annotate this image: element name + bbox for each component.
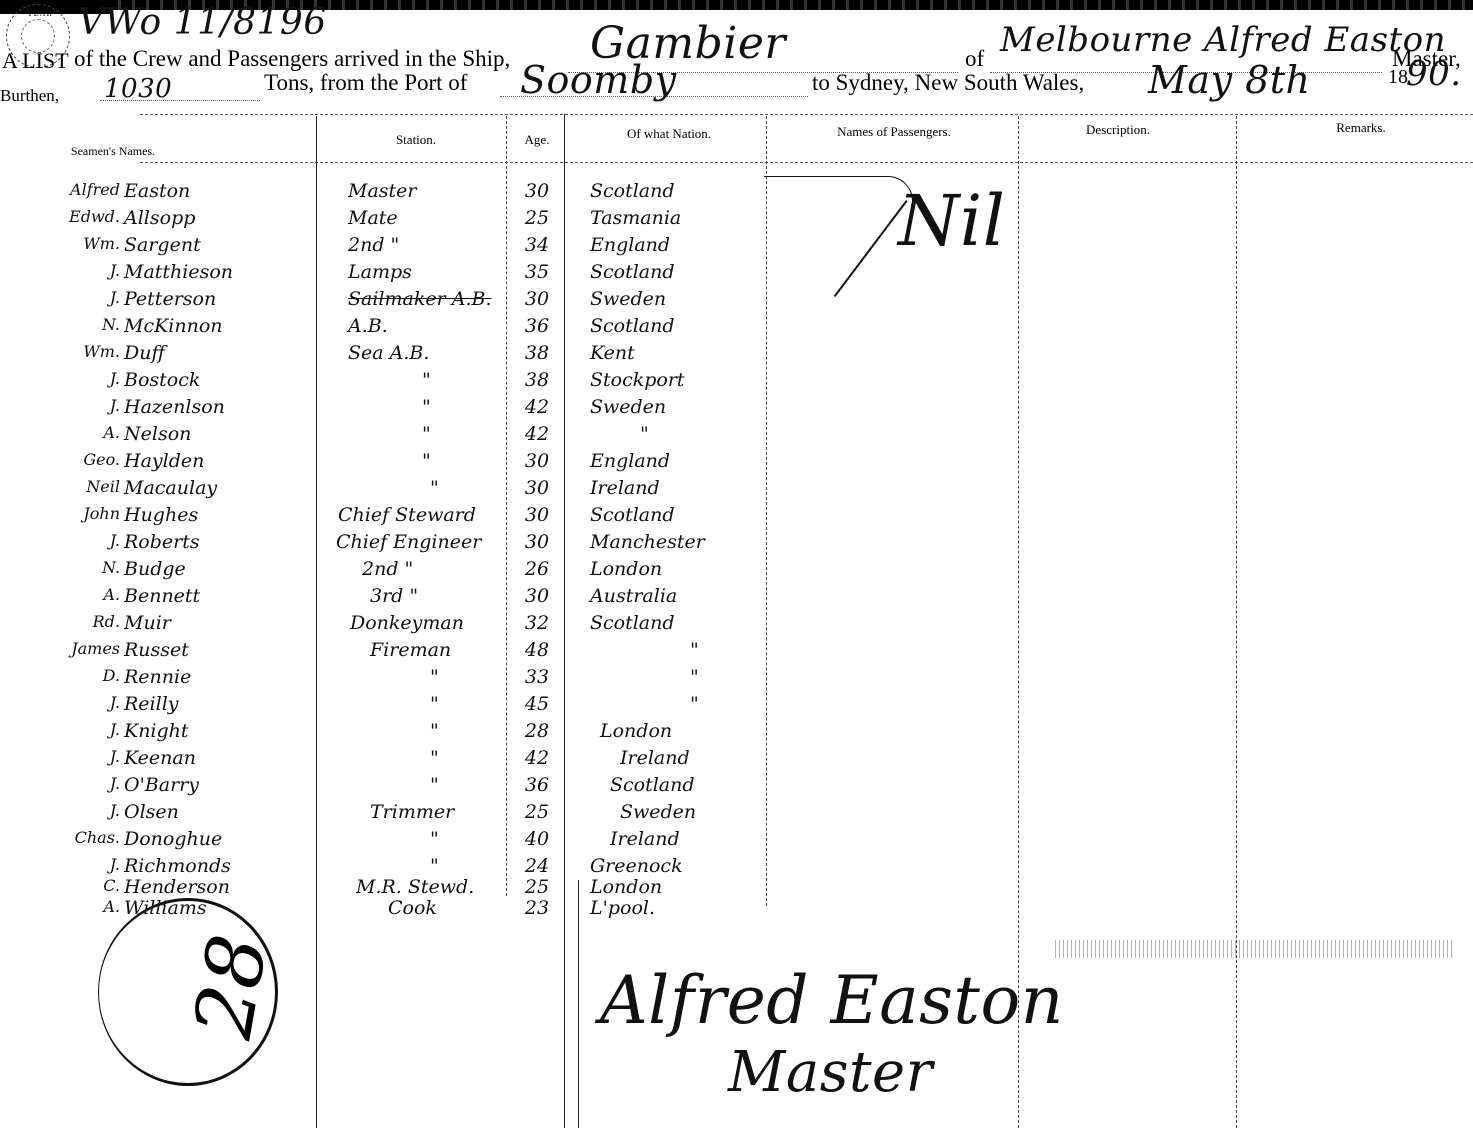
crew-row: James Russet Fireman 48 " bbox=[0, 639, 820, 666]
crew-station: " bbox=[422, 423, 431, 445]
crew-row: Edwd. Allsopp Mate 25 Tasmania bbox=[0, 207, 820, 234]
crew-surname: Richmonds bbox=[124, 855, 231, 877]
crew-row: Wm. Duff Sea A.B. 38 Kent bbox=[0, 342, 820, 369]
crew-age: 26 bbox=[514, 558, 560, 580]
master-signature: Alfred Easton bbox=[600, 962, 1064, 1039]
crew-station: A.B. bbox=[348, 315, 388, 337]
crew-station: Trimmer bbox=[370, 801, 454, 823]
tons-label: Tons, from the Port of bbox=[264, 70, 467, 96]
crew-surname: Bennett bbox=[124, 585, 200, 607]
reference-mark: VWo 11/8196 bbox=[78, 2, 327, 43]
crew-surname: Keenan bbox=[124, 747, 196, 769]
crew-initial: A. bbox=[32, 585, 120, 604]
crew-nation: England bbox=[590, 234, 670, 256]
crew-initial: J. bbox=[32, 855, 120, 874]
crew-age: 25 bbox=[514, 207, 560, 229]
crew-initial: N. bbox=[32, 558, 120, 577]
crew-nation: London bbox=[590, 876, 662, 898]
crew-row: Wm. Sargent 2nd " 34 England bbox=[0, 234, 820, 261]
crew-nation: Sweden bbox=[590, 396, 666, 418]
year-handwritten: 90. bbox=[1406, 54, 1462, 94]
crew-surname: Nelson bbox=[124, 423, 191, 445]
year-printed: 18 bbox=[1388, 66, 1408, 89]
crew-nation: Australia bbox=[590, 585, 677, 607]
crew-station: " bbox=[430, 747, 439, 769]
crew-nation: Sweden bbox=[590, 288, 666, 310]
crew-station: Donkeyman bbox=[350, 612, 464, 634]
crew-row: J. Olsen Trimmer 25 Sweden bbox=[0, 801, 820, 828]
header-nation: Of what Nation. bbox=[594, 126, 744, 142]
crew-station: " bbox=[430, 693, 439, 715]
crew-initial: Rd. bbox=[32, 612, 120, 631]
crew-surname: McKinnon bbox=[124, 315, 223, 337]
crew-nation: Scotland bbox=[610, 774, 695, 796]
crew-nation: London bbox=[600, 720, 672, 742]
crew-initial: A. bbox=[32, 897, 120, 916]
crew-nation: Greenock bbox=[590, 855, 683, 877]
crew-row: N. Budge 2nd " 26 London bbox=[0, 558, 820, 585]
header-seamen-names: Seamen's Names. bbox=[58, 144, 168, 159]
nil-slash-stroke bbox=[834, 200, 908, 297]
crew-age: 42 bbox=[514, 423, 560, 445]
crew-nation: Ireland bbox=[620, 747, 690, 769]
crew-surname: Knight bbox=[124, 720, 189, 742]
crew-nation: Scotland bbox=[590, 504, 675, 526]
header-bottom-rule bbox=[140, 162, 1473, 163]
crew-station: Sailmaker A.B. bbox=[348, 288, 491, 310]
ship-port-and-master: Melbourne Alfred Easton bbox=[1000, 20, 1446, 60]
crew-initial: John bbox=[32, 504, 120, 523]
crew-surname: Matthieson bbox=[124, 261, 233, 283]
passengers-nil-mark: Nil bbox=[898, 180, 1006, 262]
heading-line1: of the Crew and Passengers arrived in th… bbox=[74, 46, 510, 72]
crew-initial: Chas. bbox=[32, 828, 120, 847]
crew-initial: Geo. bbox=[32, 450, 120, 469]
crew-station: " bbox=[422, 396, 431, 418]
crew-nation: Manchester bbox=[590, 531, 705, 553]
crew-station: Fireman bbox=[370, 639, 451, 661]
crew-surname: Petterson bbox=[124, 288, 216, 310]
crew-initial: Wm. bbox=[32, 234, 120, 253]
crew-station: 3rd " bbox=[370, 585, 418, 607]
crew-row: Alfred Easton Master 30 Scotland bbox=[0, 180, 820, 207]
burthen-label: Burthen, bbox=[0, 86, 59, 106]
crew-row: A. Bennett 3rd " 30 Australia bbox=[0, 585, 820, 612]
crew-row: J. Knight " 28 London bbox=[0, 720, 820, 747]
crew-nation: " bbox=[690, 693, 699, 715]
passenger-connector-stroke bbox=[764, 176, 913, 201]
header-age: Age. bbox=[512, 132, 562, 148]
crew-age: 35 bbox=[514, 261, 560, 283]
crew-station: " bbox=[422, 450, 431, 472]
crew-age: 36 bbox=[514, 774, 560, 796]
crew-nation: Ireland bbox=[610, 828, 680, 850]
crew-age: 34 bbox=[514, 234, 560, 256]
header-description: Description. bbox=[1058, 122, 1178, 138]
crew-nation: L'pool. bbox=[590, 897, 655, 919]
crew-age: 36 bbox=[514, 315, 560, 337]
header-station: Station. bbox=[364, 132, 468, 148]
crew-nation: Kent bbox=[590, 342, 635, 364]
crew-age: 30 bbox=[514, 585, 560, 607]
crew-station: 2nd " bbox=[348, 234, 399, 256]
crew-nation: " bbox=[690, 639, 699, 661]
crew-station: " bbox=[430, 720, 439, 742]
crew-row: D. Rennie " 33 " bbox=[0, 666, 820, 693]
crew-surname: Muir bbox=[124, 612, 171, 634]
crew-initial: A. bbox=[32, 423, 120, 442]
header-passenger-names: Names of Passengers. bbox=[804, 124, 984, 140]
crew-station: Sea A.B. bbox=[348, 342, 429, 364]
crew-station: Chief Engineer bbox=[336, 531, 481, 553]
crew-row: J. Matthieson Lamps 35 Scotland bbox=[0, 261, 820, 288]
crew-surname: Donoghue bbox=[124, 828, 222, 850]
crew-age: 38 bbox=[514, 342, 560, 364]
crew-row: Geo. Haylden " 30 England bbox=[0, 450, 820, 477]
stamp-text: YEAR bbox=[27, 9, 53, 18]
crew-nation: Ireland bbox=[590, 477, 660, 499]
crew-station: " bbox=[430, 828, 439, 850]
crew-age: 42 bbox=[514, 747, 560, 769]
crew-row: J. Reilly " 45 " bbox=[0, 693, 820, 720]
crew-initial: J. bbox=[32, 396, 120, 415]
crew-station: M.R. Stewd. bbox=[356, 876, 474, 898]
crew-row: A. Williams Cook 23 L'pool. bbox=[0, 897, 820, 924]
crew-initial: J. bbox=[32, 720, 120, 739]
crew-initial: J. bbox=[32, 531, 120, 550]
crew-initial: J. bbox=[32, 693, 120, 712]
crew-row: J. O'Barry " 36 Scotland bbox=[0, 774, 820, 801]
crew-initial: Alfred bbox=[32, 180, 120, 199]
crew-row: J. Bostock " 38 Stockport bbox=[0, 369, 820, 396]
crew-nation: Sweden bbox=[620, 801, 696, 823]
crew-station: " bbox=[430, 855, 439, 877]
crew-nation: Scotland bbox=[590, 180, 675, 202]
crew-age: 23 bbox=[514, 897, 560, 919]
crew-row: N. McKinnon A.B. 36 Scotland bbox=[0, 315, 820, 342]
crew-age: 25 bbox=[514, 876, 560, 898]
crew-age: 45 bbox=[514, 693, 560, 715]
header-remarks: Remarks. bbox=[1306, 120, 1416, 136]
to-label: to Sydney, New South Wales, bbox=[812, 70, 1084, 96]
crew-initial: D. bbox=[32, 666, 120, 685]
crew-surname: Bostock bbox=[124, 369, 200, 391]
crew-initial: James bbox=[32, 639, 120, 658]
table-top-rule bbox=[140, 114, 1473, 115]
column-divider-description bbox=[1236, 116, 1237, 1128]
crew-surname: Haylden bbox=[124, 450, 204, 472]
crew-station: " bbox=[430, 774, 439, 796]
crew-surname: Olsen bbox=[124, 801, 179, 823]
crew-station: Mate bbox=[348, 207, 398, 229]
crew-row: J. Hazenlson " 42 Sweden bbox=[0, 396, 820, 423]
from-port: Soomby bbox=[520, 58, 677, 102]
crew-row: J. Roberts Chief Engineer 30 Manchester bbox=[0, 531, 820, 558]
crew-initial: J. bbox=[32, 261, 120, 280]
crew-age: 25 bbox=[514, 801, 560, 823]
crew-row: John Hughes Chief Steward 30 Scotland bbox=[0, 504, 820, 531]
crew-age: 42 bbox=[514, 396, 560, 418]
crew-initial: J. bbox=[32, 774, 120, 793]
crew-row: Rd. Muir Donkeyman 32 Scotland bbox=[0, 612, 820, 639]
crew-station: Lamps bbox=[348, 261, 412, 283]
crew-surname: Easton bbox=[124, 180, 190, 202]
crew-surname: O'Barry bbox=[124, 774, 199, 796]
crew-initial: Wm. bbox=[32, 342, 120, 361]
crew-initial: Edwd. bbox=[32, 207, 120, 226]
crew-surname: Hughes bbox=[124, 504, 198, 526]
crew-age: 40 bbox=[514, 828, 560, 850]
crew-surname: Russet bbox=[124, 639, 189, 661]
crew-initial: J. bbox=[32, 801, 120, 820]
tonnage: 1030 bbox=[104, 74, 172, 104]
crew-row: J. Petterson Sailmaker A.B. 30 Sweden bbox=[0, 288, 820, 315]
crew-age: 48 bbox=[514, 639, 560, 661]
crew-surname: Reilly bbox=[124, 693, 179, 715]
crew-age: 30 bbox=[514, 531, 560, 553]
crew-surname: Macaulay bbox=[124, 477, 217, 499]
crew-age: 30 bbox=[514, 477, 560, 499]
crew-age: 38 bbox=[514, 369, 560, 391]
crew-initial: C. bbox=[32, 876, 120, 895]
crew-initial: J. bbox=[32, 747, 120, 766]
crew-nation: Tasmania bbox=[590, 207, 681, 229]
crew-nation: " bbox=[690, 666, 699, 688]
crew-row: J. Keenan " 42 Ireland bbox=[0, 747, 820, 774]
crew-nation: Scotland bbox=[590, 315, 675, 337]
crew-row: Neil Macaulay " 30 Ireland bbox=[0, 477, 820, 504]
crew-surname: Henderson bbox=[124, 876, 230, 898]
crew-station: " bbox=[430, 666, 439, 688]
crew-row: A. Nelson " 42 " bbox=[0, 423, 820, 450]
crew-surname: Roberts bbox=[124, 531, 200, 553]
crew-age: 33 bbox=[514, 666, 560, 688]
crew-surname: Hazenlson bbox=[124, 396, 225, 418]
crew-initial: J. bbox=[32, 288, 120, 307]
crew-age: 30 bbox=[514, 288, 560, 310]
crew-surname: Rennie bbox=[124, 666, 191, 688]
crew-nation: Stockport bbox=[590, 369, 685, 391]
crew-station: Chief Steward bbox=[338, 504, 476, 526]
crew-station: Cook bbox=[388, 897, 437, 919]
crew-age: 30 bbox=[514, 504, 560, 526]
crew-station: Master bbox=[348, 180, 417, 202]
crew-nation: " bbox=[640, 423, 649, 445]
crew-age: 30 bbox=[514, 180, 560, 202]
crew-station: " bbox=[422, 369, 431, 391]
crew-nation: England bbox=[590, 450, 670, 472]
crew-nation: Scotland bbox=[590, 612, 675, 634]
master-title-handwritten: Master bbox=[728, 1040, 933, 1105]
arrival-date: May 8th bbox=[1148, 58, 1311, 102]
crew-age: 30 bbox=[514, 450, 560, 472]
crew-age: 32 bbox=[514, 612, 560, 634]
crew-surname: Budge bbox=[124, 558, 186, 580]
list-label: A LIST bbox=[2, 48, 69, 74]
crew-station: " bbox=[430, 477, 439, 499]
crew-initial: J. bbox=[32, 369, 120, 388]
crew-surname: Duff bbox=[124, 342, 165, 364]
crew-age: 24 bbox=[514, 855, 560, 877]
crew-nation: London bbox=[590, 558, 662, 580]
crew-age: 28 bbox=[514, 720, 560, 742]
crew-row: Chas. Donoghue " 40 Ireland bbox=[0, 828, 820, 855]
of-label: of bbox=[965, 46, 984, 72]
crew-initial: Neil bbox=[32, 477, 120, 496]
crew-initial: N. bbox=[32, 315, 120, 334]
scan-noise-band bbox=[1055, 940, 1455, 958]
crew-surname: Allsopp bbox=[124, 207, 195, 229]
crew-station: 2nd " bbox=[362, 558, 413, 580]
crew-total-number: 28 bbox=[176, 928, 285, 1044]
crew-nation: Scotland bbox=[590, 261, 675, 283]
crew-surname: Sargent bbox=[124, 234, 201, 256]
